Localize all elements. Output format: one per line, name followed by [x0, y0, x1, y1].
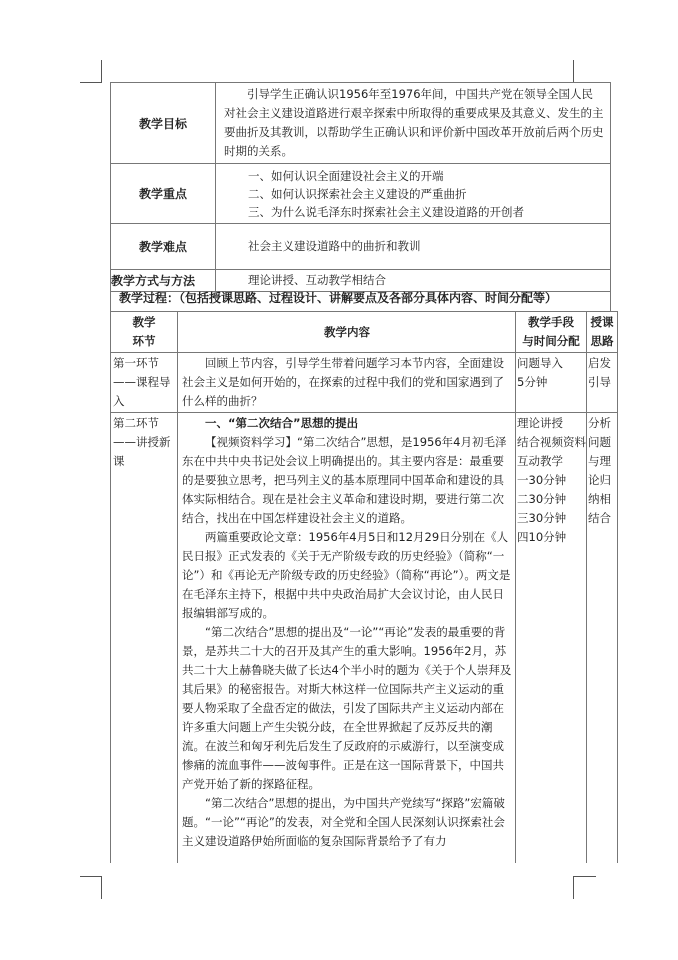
key-points-list: 一、如何认识全面建设社会主义的开端 二、如何认识探索社会主义建设的严重曲折 三、…: [216, 164, 611, 224]
header-content: 教学内容: [178, 312, 516, 353]
header-stage-line: 环节: [113, 332, 175, 351]
key-points-row: 教学重点 一、如何认识全面建设社会主义的开端 二、如何认识探索社会主义建设的严重…: [111, 164, 611, 224]
content-paragraph: 回顾上节内容，引导学生带着问题学习本节内容，全面建设社会主义是如何开始的，在探索…: [182, 354, 512, 411]
approach-cell: 启发引导: [587, 353, 618, 413]
content-cell: 一、“第二次结合”思想的提出 【视频资料学习】“第二次结合”思想，是1956年4…: [178, 413, 516, 863]
header-means-line: 与时间分配: [517, 332, 585, 351]
means-line: 5分钟: [517, 373, 585, 392]
objectives-row: 教学目标 引导学生正确认识1956年至1976年间，中国共产党在领导全国人民对社…: [111, 83, 611, 164]
crop-mark-top-right: [573, 60, 596, 83]
header-stage-line: 教学: [113, 313, 175, 332]
lesson-info-table: 教学目标 引导学生正确认识1956年至1976年间，中国共产党在领导全国人民对社…: [110, 82, 611, 292]
objectives-paragraph: 引导学生正确认识1956年至1976年间，中国共产党在领导全国人民对社会主义建设…: [224, 85, 604, 161]
table-row: 第二环节——讲授新课 一、“第二次结合”思想的提出 【视频资料学习】“第二次结合…: [111, 413, 618, 863]
header-approach-line: 思路: [588, 332, 616, 351]
process-header: 教学过程：（包括授课思路、过程设计、讲解要点及各部分具体内容、时间分配等）: [110, 286, 611, 312]
header-stage: 教学 环节: [111, 312, 178, 353]
content-paragraph: “第二次结合”思想的提出及“一论”“再论”发表的最重要的背景，是苏共二十大的召开…: [182, 623, 512, 794]
header-approach: 授课 思路: [587, 312, 618, 353]
difficulty-label: 教学难点: [111, 224, 216, 270]
objectives-text: 引导学生正确认识1956年至1976年间，中国共产党在领导全国人民对社会主义建设…: [216, 83, 611, 164]
process-table: 教学 环节 教学内容 教学手段 与时间分配 授课 思路 第一环节——课程导入 回…: [110, 311, 618, 863]
difficulty-row: 教学难点 社会主义建设道路中的曲折和教训: [111, 224, 611, 270]
header-means: 教学手段 与时间分配: [516, 312, 587, 353]
stage-cell: 第一环节——课程导入: [111, 353, 178, 413]
means-line: 三30分钟: [517, 509, 585, 528]
crop-mark-bottom-left: [80, 876, 102, 899]
objectives-label: 教学目标: [111, 83, 216, 164]
means-cell: 理论讲授 结合视频资料 互动教学 一30分钟 二30分钟 三30分钟 四10分钟: [516, 413, 587, 863]
key-points-label: 教学重点: [111, 164, 216, 224]
content-paragraph: “第二次结合”思想的提出，为中国共产党续写“探路”宏篇破题。“一论”“再论”的发…: [182, 794, 512, 851]
header-means-line: 教学手段: [517, 313, 585, 332]
difficulty-text: 社会主义建设道路中的曲折和教训: [216, 224, 611, 270]
key-point-item: 三、为什么说毛泽东时探索社会主义建设道路的开创者: [248, 203, 604, 221]
means-line: 结合视频资料: [517, 433, 585, 452]
means-cell: 问题导入 5分钟: [516, 353, 587, 413]
means-line: 理论讲授: [517, 414, 585, 433]
crop-mark-top-left: [80, 60, 102, 83]
process-table-header: 教学 环节 教学内容 教学手段 与时间分配 授课 思路: [111, 312, 618, 353]
content-cell: 回顾上节内容，引导学生带着问题学习本节内容，全面建设社会主义是如何开始的，在探索…: [178, 353, 516, 413]
stage-cell: 第二环节——讲授新课: [111, 413, 178, 863]
means-line: 互动教学: [517, 452, 585, 471]
key-point-item: 二、如何认识探索社会主义建设的严重曲折: [248, 185, 604, 203]
means-line: 四10分钟: [517, 528, 585, 547]
section-title: 一、“第二次结合”思想的提出: [182, 414, 512, 433]
content-paragraph: 两篇重要政论文章：1956年4月5日和12月29日分别在《人民日报》正式发表的《…: [182, 528, 512, 623]
table-row: 第一环节——课程导入 回顾上节内容，引导学生带着问题学习本节内容，全面建设社会主…: [111, 353, 618, 413]
crop-mark-bottom-right: [573, 876, 596, 899]
key-point-item: 一、如何认识全面建设社会主义的开端: [248, 167, 604, 185]
header-approach-line: 授课: [588, 313, 616, 332]
approach-cell: 分析问题与理论归纳相结合: [587, 413, 618, 863]
means-line: 二30分钟: [517, 490, 585, 509]
content-paragraph: 【视频资料学习】“第二次结合”思想，是1956年4月初毛泽东在中共中央书记处会议…: [182, 433, 512, 528]
means-line: 问题导入: [517, 354, 585, 373]
means-line: 一30分钟: [517, 471, 585, 490]
